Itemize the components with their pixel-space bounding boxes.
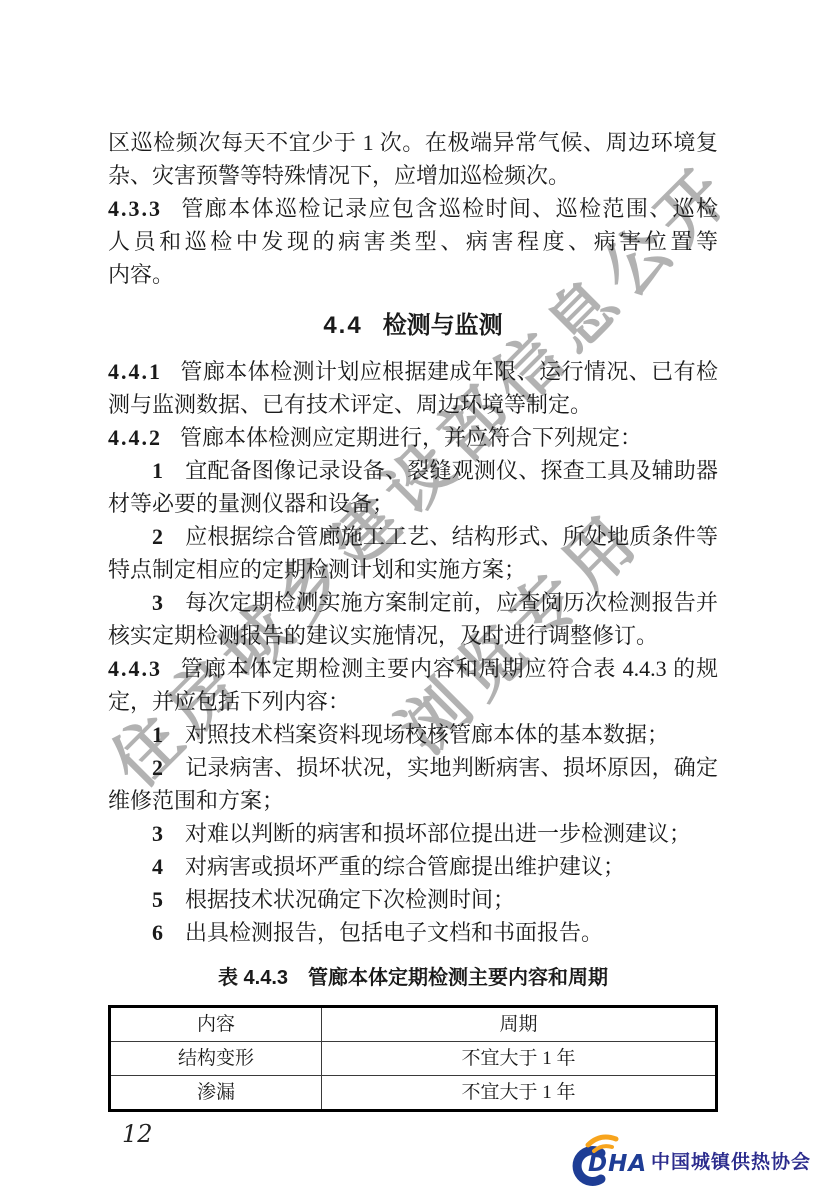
- clause-number: 4.3.3: [108, 196, 162, 221]
- item-number: 3: [152, 590, 163, 615]
- clause-number: 4.4.3: [108, 656, 162, 681]
- list-item-line: 5根据技术状况确定下次检测时间；: [108, 883, 718, 916]
- line-text: 管廊本体巡检记录应包含巡检时间、巡检范围、巡检: [180, 196, 718, 221]
- document-page: { "colors": { "text": "#1a1a1a", "waterm…: [0, 0, 827, 1198]
- list-item-line: 4对病害或损坏严重的综合管廊提出维护建议；: [108, 850, 718, 883]
- association-logo: DHA 中国城镇供热协会: [563, 1132, 811, 1188]
- line-text: 材等必要的量测仪器和设备；: [108, 491, 394, 516]
- section-heading: 4.4检测与监测: [108, 305, 718, 347]
- body-line: 材等必要的量测仪器和设备；: [108, 487, 718, 520]
- item-number: 6: [152, 920, 163, 945]
- clause-number: 4.4.1: [108, 359, 162, 384]
- clause-4-4-2-line: 4.4.2管廊本体检测应定期进行，并应符合下列规定：: [108, 421, 718, 454]
- item-number: 2: [152, 524, 163, 549]
- body-line: 区巡检频次每天不宜少于 1 次。在极端异常气候、周边环境复: [108, 126, 718, 159]
- item-number: 1: [152, 722, 163, 747]
- table-row: 渗漏 不宜大于 1 年: [110, 1076, 717, 1111]
- table-row: 结构变形 不宜大于 1 年: [110, 1042, 717, 1076]
- clause-number: 4.4.2: [108, 425, 162, 450]
- line-text: 管廊本体检测应定期进行，并应符合下列规定：: [180, 425, 642, 450]
- body-line: 定，并应包括下列内容：: [108, 685, 718, 718]
- inspection-period-table: 内容 周期 结构变形 不宜大于 1 年 渗漏 不宜大于 1 年: [108, 1005, 718, 1112]
- dha-logo-icon: DHA: [563, 1132, 647, 1188]
- body-line: 人员和巡检中发现的病害类型、病害程度、病害位置等: [108, 225, 718, 258]
- page-number: 12: [122, 1120, 153, 1148]
- list-item-line: 1宜配备图像记录设备、裂缝观测仪、探查工具及辅助器: [108, 454, 718, 487]
- table-header-content: 内容: [110, 1007, 322, 1042]
- body-line: 测与监测数据、已有技术评定、周边环境等制定。: [108, 388, 718, 421]
- body-line: 杂、灾害预警等特殊情况下，应增加巡检频次。: [108, 159, 718, 192]
- item-number: 1: [152, 458, 163, 483]
- table-header-row: 内容 周期: [110, 1007, 717, 1042]
- table-header-period: 周期: [322, 1007, 717, 1042]
- section-title: 检测与监测: [383, 312, 503, 339]
- clause-4-4-3-line: 4.4.3管廊本体定期检测主要内容和周期应符合表 4.4.3 的规: [108, 652, 718, 685]
- line-text: 特点制定相应的定期检测计划和实施方案；: [108, 557, 526, 582]
- logo-name: 中国城镇供热协会: [651, 1147, 811, 1174]
- line-text: 人员和巡检中发现的病害类型、病害程度、病害位置等: [108, 229, 718, 254]
- table-cell-content: 渗漏: [110, 1076, 322, 1111]
- body-line: 内容。: [108, 258, 718, 291]
- list-item-line: 3每次定期检测实施方案制定前，应查阅历次检测报告并: [108, 586, 718, 619]
- line-text: 区巡检频次每天不宜少于 1 次。在极端异常气候、周边环境复: [108, 130, 718, 155]
- body-line: 特点制定相应的定期检测计划和实施方案；: [108, 553, 718, 586]
- section-number: 4.4: [323, 312, 362, 339]
- clause-4-4-1-line: 4.4.1管廊本体检测计划应根据建成年限、运行情况、已有检: [108, 355, 718, 388]
- line-text: 管廊本体定期检测主要内容和周期应符合表 4.4.3 的规: [180, 656, 718, 681]
- clause-4-3-3-line: 4.3.3管廊本体巡检记录应包含巡检时间、巡检范围、巡检: [108, 192, 718, 225]
- list-item-line: 2应根据综合管廊施工工艺、结构形式、所处地质条件等: [108, 520, 718, 553]
- item-number: 2: [152, 755, 163, 780]
- line-text: 定，并应包括下列内容：: [108, 689, 350, 714]
- line-text: 对病害或损坏严重的综合管廊提出维护建议；: [185, 854, 625, 879]
- item-number: 3: [152, 821, 163, 846]
- body-line: 核实定期检测报告的建议实施情况，及时进行调整修订。: [108, 619, 718, 652]
- list-item-line: 1对照技术档案资料现场校核管廊本体的基本数据；: [108, 718, 718, 751]
- line-text: 杂、灾害预警等特殊情况下，应增加巡检频次。: [108, 163, 570, 188]
- table-cell-content: 结构变形: [110, 1042, 322, 1076]
- line-text: 出具检测报告，包括电子文档和书面报告。: [185, 920, 603, 945]
- table-title: 表 4.4.3 管廊本体定期检测主要内容和周期: [108, 964, 718, 992]
- line-text: 测与监测数据、已有技术评定、周边环境等制定。: [108, 392, 592, 417]
- table-cell-period: 不宜大于 1 年: [322, 1076, 717, 1111]
- content-area: 区巡检频次每天不宜少于 1 次。在极端异常气候、周边环境复 杂、灾害预警等特殊情…: [108, 126, 718, 1112]
- line-text: 内容。: [108, 262, 174, 287]
- list-item-line: 6出具检测报告，包括电子文档和书面报告。: [108, 916, 718, 949]
- item-number: 5: [152, 887, 163, 912]
- line-text: 核实定期检测报告的建议实施情况，及时进行调整修订。: [108, 623, 658, 648]
- body-line: 维修范围和方案；: [108, 784, 718, 817]
- line-text: 管廊本体检测计划应根据建成年限、运行情况、已有检: [180, 359, 718, 384]
- line-text: 宜配备图像记录设备、裂缝观测仪、探查工具及辅助器: [185, 458, 718, 483]
- line-text: 对照技术档案资料现场校核管廊本体的基本数据；: [185, 722, 669, 747]
- item-number: 4: [152, 854, 163, 879]
- table-cell-period: 不宜大于 1 年: [322, 1042, 717, 1076]
- logo-acronym: DHA: [588, 1151, 647, 1177]
- line-text: 每次定期检测实施方案制定前，应查阅历次检测报告并: [185, 590, 718, 615]
- list-item-line: 2记录病害、损坏状况，实地判断病害、损坏原因，确定: [108, 751, 718, 784]
- line-text: 对难以判断的病害和损坏部位提出进一步检测建议；: [185, 821, 691, 846]
- list-item-line: 3对难以判断的病害和损坏部位提出进一步检测建议；: [108, 817, 718, 850]
- line-text: 根据技术状况确定下次检测时间；: [185, 887, 515, 912]
- line-text: 维修范围和方案；: [108, 788, 284, 813]
- line-text: 应根据综合管廊施工工艺、结构形式、所处地质条件等: [185, 524, 718, 549]
- line-text: 记录病害、损坏状况，实地判断病害、损坏原因，确定: [185, 755, 718, 780]
